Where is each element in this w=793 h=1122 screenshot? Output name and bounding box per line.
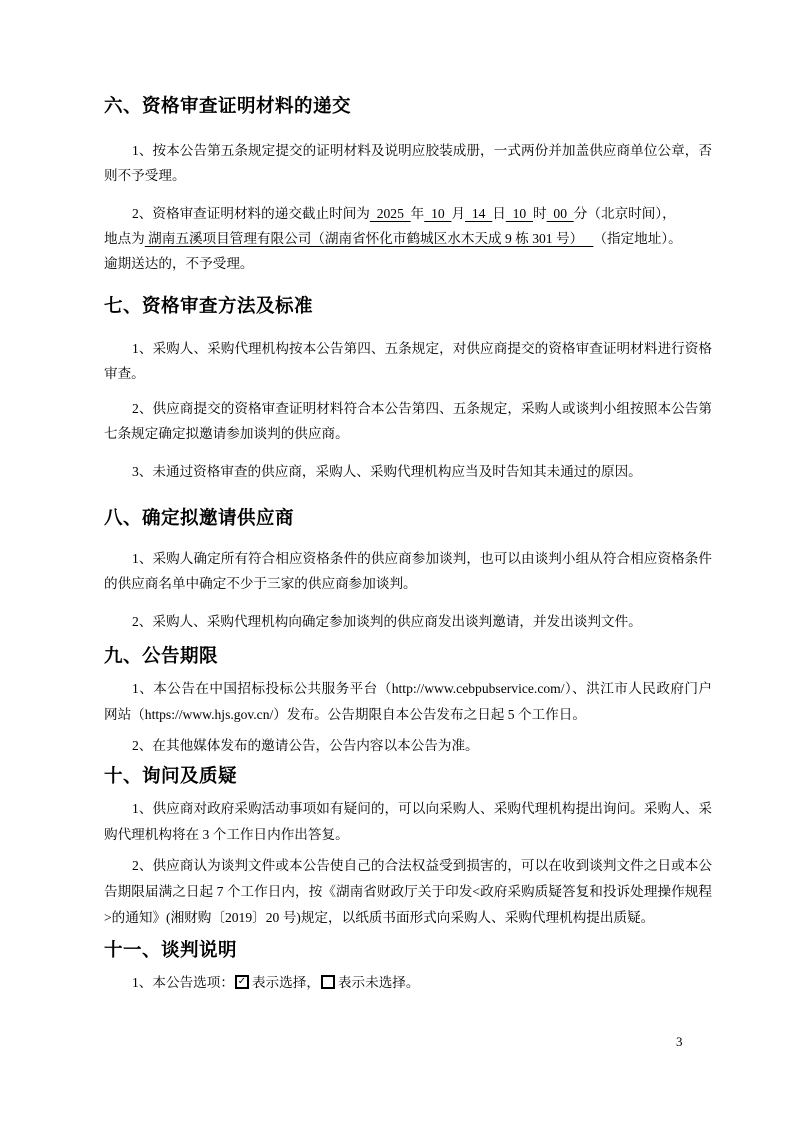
section-8-paragraph-1: 1、采购人确定所有符合相应资格条件的供应商参加谈判，也可以由谈判小组从符合相应资… [104, 546, 712, 596]
deadline-hour-blank: 10 [506, 206, 533, 221]
text-segment: 年 [411, 206, 425, 221]
text-segment: 逾期送达的，不予受理。 [104, 256, 254, 271]
document-content: 六、资格审查证明材料的递交 1、按本公告第五条规定提交的证明材料及说明应胶装成册… [104, 0, 712, 996]
deadline-year-blank: 2025 [370, 206, 411, 221]
section-8-heading: 八、确定拟邀请供应商 [104, 506, 712, 530]
section-9-heading: 九、公告期限 [104, 644, 712, 668]
page-number: 3 [676, 1034, 683, 1050]
section-9-paragraph-2: 2、在其他媒体发布的邀请公告，公告内容以本公告为准。 [104, 733, 712, 759]
section-9-paragraph-1: 1、本公告在中国招标投标公共服务平台（http://www.cebpubserv… [104, 676, 712, 728]
text-segment: 地点为 [104, 231, 145, 246]
text-segment: 月 [451, 206, 465, 221]
check-mark-icon: ✓ [237, 977, 247, 987]
text-segment: 表示选择， [252, 975, 320, 990]
section-7-heading: 七、资格审查方法及标准 [104, 294, 712, 318]
section-7-paragraph-1: 1、采购人、采购代理机构按本公告第四、五条规定，对供应商提交的资格审查证明材料进… [104, 336, 712, 386]
text-segment: 1、本公告选项： [132, 975, 234, 990]
text-segment: （指定地址）。 [593, 231, 681, 246]
document-page: 六、资格审查证明材料的递交 1、按本公告第五条规定提交的证明材料及说明应胶装成册… [0, 0, 793, 1122]
text-segment: 时 [533, 206, 547, 221]
text-segment: 分（北京时间）， [574, 206, 676, 221]
text-segment: 表示未选择。 [338, 975, 420, 990]
section-10-paragraph-1: 1、供应商对政府采购活动事项如有疑问的，可以向采购人、采购代理机构提出询问。采购… [104, 796, 712, 848]
section-7-paragraph-2: 2、供应商提交的资格审查证明材料符合本公告第四、五条规定，采购人或谈判小组按照本… [104, 396, 712, 446]
text-segment: 2、资格审查证明材料的递交截止时间为 [132, 206, 370, 221]
unchecked-checkbox-icon [321, 975, 335, 989]
submission-location-blank: 湖南五溪项目管理有限公司（湖南省怀化市鹤城区水木天成 9 栋 301 号） [145, 231, 594, 246]
deadline-minute-blank: 00 [547, 206, 574, 221]
section-8-paragraph-2: 2、采购人、采购代理机构向确定参加谈判的供应商发出谈判邀请，并发出谈判文件。 [104, 609, 712, 634]
checked-checkbox-icon: ✓ [235, 975, 249, 989]
section-10-paragraph-2: 2、供应商认为谈判文件或本公告使自己的合法权益受到损害的，可以在收到谈判文件之日… [104, 853, 712, 931]
section-11-heading: 十一、谈判说明 [104, 938, 712, 962]
section-6-paragraph-1: 1、按本公告第五条规定提交的证明材料及说明应胶装成册，一式两份并加盖供应商单位公… [104, 138, 712, 188]
deadline-month-blank: 10 [424, 206, 451, 221]
deadline-day-blank: 14 [465, 206, 492, 221]
section-7-paragraph-3: 3、未通过资格审查的供应商，采购人、采购代理机构应当及时告知其未通过的原因。 [104, 459, 712, 484]
section-11-paragraph-1: 1、本公告选项：✓表示选择，表示未选择。 [104, 970, 712, 996]
section-10-heading: 十、询问及质疑 [104, 764, 712, 788]
section-6-heading: 六、资格审查证明材料的递交 [104, 94, 712, 118]
section-6-paragraph-2: 2、资格审查证明材料的递交截止时间为 2025 年 10 月 14 日 10 时… [104, 201, 712, 276]
text-segment: 日 [492, 206, 506, 221]
